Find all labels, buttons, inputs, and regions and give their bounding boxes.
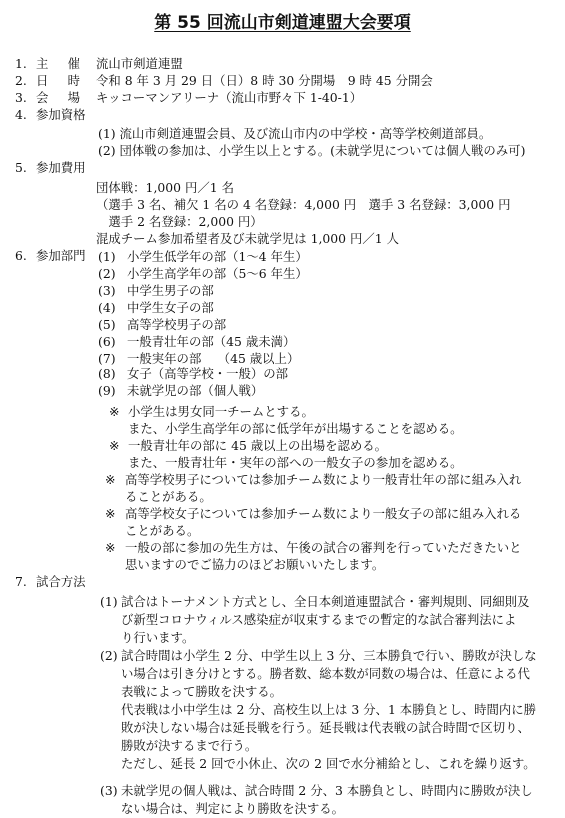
eligibility-item: (1) 流山市剣道連盟会員、及び流山市内の中学校・高等学校剣道部員。: [98, 126, 491, 142]
section-number: 6.: [15, 248, 27, 264]
section-label: 参加資格: [36, 107, 86, 123]
note-mark: ※: [109, 404, 119, 420]
division-number: (3): [98, 283, 116, 299]
division-number: (6): [98, 334, 116, 350]
rule-line: り行います。: [121, 630, 194, 646]
rule-line: 表戦によって勝敗を決する。: [121, 684, 282, 700]
rule-number: (2): [100, 648, 118, 664]
section-number: 3.: [15, 90, 27, 106]
section-label: 参加部門: [36, 248, 86, 264]
division-number: (4): [98, 300, 116, 316]
section-label: 主催: [36, 56, 80, 72]
section-number: 4.: [15, 107, 27, 123]
section-number: 5.: [15, 160, 27, 176]
division-text: 中学生男子の部: [127, 283, 214, 299]
division-text: 一般青壮年の部（45 歳未満）: [127, 334, 295, 350]
note-mark: ※: [105, 472, 115, 488]
rule-line: 未就学児の個人戦は、試合時間 2 分、3 本勝負とし、時間内に勝敗が決し: [121, 783, 533, 799]
section-label: 会場: [36, 90, 80, 106]
note-line: 高等学校女子については参加チーム数により一般女子の部に組み入れる: [125, 506, 521, 522]
division-text: 未就学児の部（個人戦）: [127, 383, 263, 399]
note-mark: ※: [109, 438, 119, 454]
note-line: また、一般青壮年・実年の部への一般女子の参加を認める。: [128, 455, 463, 471]
division-number: (2): [98, 266, 116, 282]
rule-line: い場合は引き分けとする。勝者数、総本数が同数の場合は、任意による代: [121, 666, 530, 682]
rule-line: 敗が決しない場合は延長戦を行う。延長戦は代表戦の試合時間で区切り、: [121, 720, 530, 736]
note-line: 思いますのでご協力のほどお願いいたします。: [125, 557, 384, 573]
division-number: (7): [98, 351, 116, 367]
division-text: 女子（高等学校・一般）の部: [127, 366, 288, 382]
section-label: 試合方法: [36, 574, 86, 590]
section-label: 参加費用: [36, 160, 86, 176]
rule-line: 代表戦は小中学生は 2 分、高校生以上は 3 分、1 本勝負とし、時間内に勝: [121, 702, 536, 718]
section-label: 日時: [36, 73, 80, 89]
division-number: (5): [98, 317, 116, 333]
note-line: また、小学生高学年の部に低学年が出場することを認める。: [128, 421, 463, 437]
division-text: 中学生女子の部: [127, 300, 214, 316]
eligibility-item: (2) 団体戦の参加は、小学生以上とする。(未就学児については個人戦のみ可): [98, 143, 525, 159]
division-number: (9): [98, 383, 116, 399]
rule-number: (3): [100, 783, 118, 799]
note-line: 一般の部に参加の先生方は、午後の試合の審判を行っていただきたいと: [125, 540, 522, 556]
organizer-value: 流山市剣道連盟: [96, 56, 183, 72]
section-number: 7.: [15, 574, 27, 590]
division-text: 小学生高学年の部（5～6 年生）: [127, 266, 308, 282]
section-number: 2.: [15, 73, 27, 89]
venue-value: キッコーマンアリーナ（流山市野々下 1-40-1）: [96, 90, 362, 106]
rule-line: ただし、延長 2 回で小休止、次の 2 回で水分補給とし、これを繰り返す。: [121, 756, 536, 772]
division-number: (8): [98, 366, 116, 382]
note-line: 小学生は男女同一チームとする。: [128, 404, 314, 420]
rule-line: 試合はトーナメント方式とし、全日本剣道連盟試合・審判規則、同細則及: [121, 594, 529, 610]
section-number: 1.: [15, 56, 27, 72]
document-title: 第 55 回流山市剣道連盟大会要項: [0, 8, 565, 33]
rule-line: ない場合は、判定により勝敗を決する。: [121, 801, 344, 817]
division-number: (1): [98, 249, 116, 265]
note-line: 一般青壮年の部に 45 歳以上の出場を認める。: [128, 438, 387, 454]
note-line: ことがある。: [125, 523, 199, 539]
rule-line: 試合時間は小学生 2 分、中学生以上 3 分、三本勝負で行い、勝敗が決しな: [121, 648, 537, 664]
note-mark: ※: [105, 540, 115, 556]
rule-number: (1): [100, 594, 118, 610]
note-line: 高等学校男子については参加チーム数により一般青壮年の部に組み入れ: [125, 472, 521, 488]
division-text: 一般実年の部 （45 歳以上）: [127, 351, 299, 367]
rule-line: び新型コロナウィルス感染症が収束するまでの暫定的な試合審判法によ: [121, 612, 516, 628]
note-line: ることがある。: [125, 489, 212, 505]
datetime-value: 令和 8 年 3 月 29 日（日）8 時 30 分開場 9 時 45 分開会: [96, 73, 433, 89]
fee-line: 選手 2 名登録：2,000 円）: [96, 214, 263, 230]
fee-line: 混成チーム参加希望者及び未就学児は 1,000 円／1 人: [96, 231, 399, 247]
note-mark: ※: [105, 506, 115, 522]
fee-line: （選手 3 名、補欠 1 名の 4 名登録：4,000 円 選手 3 名登録：3…: [96, 197, 510, 213]
division-text: 高等学校男子の部: [127, 317, 226, 333]
division-text: 小学生低学年の部（1～4 年生）: [127, 249, 308, 265]
rule-line: 勝敗が決するまで行う。: [121, 738, 257, 754]
fee-line: 団体戦：1,000 円／1 名: [96, 180, 234, 196]
